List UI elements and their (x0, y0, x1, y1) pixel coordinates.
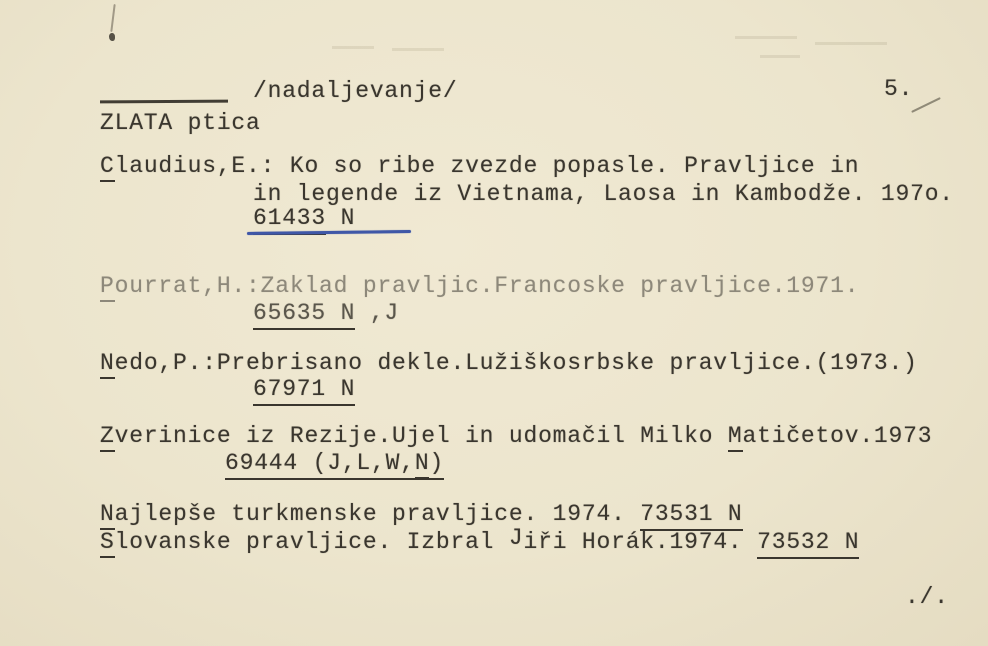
catalog-number-close: ) (429, 450, 444, 476)
page-number: 5. (884, 78, 913, 101)
entry-pourrat-number: 65635 N ,J (253, 302, 399, 325)
entry-text: lovanske pravljice. Izbral (115, 529, 509, 555)
entry-text: ajlepše turkmenske pravljice. 1974. (115, 501, 641, 527)
entry-text: iři Horák.1974. (523, 529, 757, 555)
continuation-label: /nadaljevanje/ (253, 80, 457, 103)
catalog-number-prefix: 69444 (J,L,W, (225, 450, 415, 476)
faint-smudge (815, 42, 887, 45)
raised-letter: J (509, 527, 524, 550)
catalog-number: 69444 (J,L,W,N) (225, 450, 444, 480)
title-initial: N (100, 501, 115, 530)
catalog-number: 73532 N (757, 529, 859, 559)
entry-claudius-number: 61433 N (253, 207, 355, 230)
faint-smudge (735, 36, 797, 39)
entry-text: atičetov.1973 (743, 423, 933, 449)
catalog-number: 65635 N (253, 300, 355, 330)
name-initial: M (728, 423, 743, 452)
entry-claudius-line1: Claudius,E.: Ko so ribe zvezde popasle. … (100, 155, 859, 178)
entry-text: ourrat,H.:Zaklad pravljic.Francoske prav… (115, 273, 860, 299)
entry-claudius-line2: in legende iz Vietnama, Laosa in Kambodž… (253, 183, 954, 206)
entry-nedo-number: 67971 N (253, 378, 355, 401)
ink-dot (109, 33, 115, 41)
underlined-n: N (415, 450, 430, 479)
entry-text: laudius,E.: Ko so ribe zvezde popasle. P… (115, 153, 860, 179)
entry-zverinice-line1: Zverinice iz Rezije.Ujel in udomačil Mil… (100, 425, 932, 448)
blue-pen-underline (247, 230, 411, 235)
series-title: ZLATA ptica (100, 112, 261, 135)
entry-nedo-line1: Nedo,P.:Prebrisano dekle.Lužiškosrbske p… (100, 352, 918, 375)
author-initial: N (100, 350, 115, 379)
entry-text: edo,P.:Prebrisano dekle.Lužiškosrbske pr… (115, 350, 918, 376)
catalog-number-suffix: ,J (355, 300, 399, 326)
ink-mark (110, 4, 115, 32)
entry-text: verinice iz Rezije.Ujel in udomačil Milk… (115, 423, 728, 449)
title-initial: Z (100, 423, 115, 452)
faint-smudge (332, 46, 374, 49)
pencil-check-mark (911, 97, 941, 113)
catalog-card: /nadaljevanje/ 5. ZLATA ptica Claudius,E… (0, 0, 988, 646)
entry-zverinice-number: 69444 (J,L,W,N) (225, 452, 444, 475)
faint-smudge (392, 48, 444, 51)
entry-najlepse-line: Najlepše turkmenske pravljice. 1974. 735… (100, 503, 743, 526)
blank-underline (100, 100, 228, 104)
entry-slovanske-line: Slovanske pravljice. Izbral Jiři Horák.1… (100, 531, 859, 554)
entry-pourrat-line1: Pourrat,H.:Zaklad pravljic.Francoske pra… (100, 275, 859, 298)
author-initial: C (100, 153, 115, 182)
author-initial: P (100, 273, 115, 302)
catalog-number-suffix: N (326, 205, 355, 231)
catalog-number: 67971 N (253, 376, 355, 406)
end-mark: ./. (905, 586, 949, 609)
faint-smudge (760, 55, 800, 58)
title-initial: S (100, 529, 115, 558)
catalog-number: 73531 N (640, 501, 742, 531)
